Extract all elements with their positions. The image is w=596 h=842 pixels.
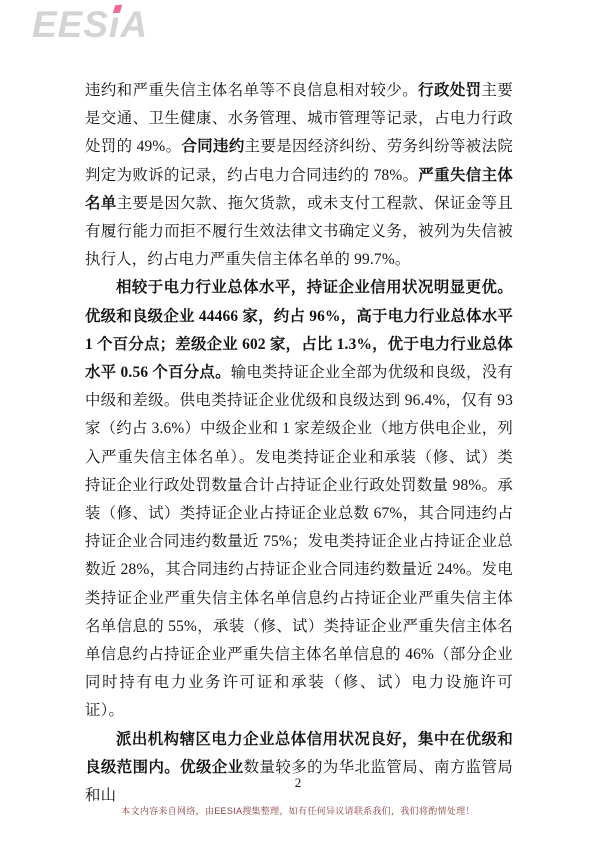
- paragraph: 相较于电力行业总体水平，持证企业信用状况明显更优。优级和良级企业 44466 家…: [85, 274, 513, 725]
- paragraph: 违约和严重失信主体名单等不良信息相对较少。行政处罚主要是交通、卫生健康、水务管理…: [85, 77, 513, 274]
- text-run: 行政处罚: [418, 82, 481, 99]
- eesia-logo: EESıA: [32, 4, 148, 46]
- paragraph: 派出机构辖区电力企业总体信用状况良好，集中在优级和良级范围内。优级企业数量较多的…: [85, 726, 513, 811]
- text-run: 违约和严重失信主体名单等不良信息相对较少。: [85, 82, 418, 99]
- logo-text-before: EES: [32, 4, 109, 45]
- text-run: 输电类持证企业全部为优级和良级，没有中级和差级。供电类持证企业优级和良级达到 9…: [85, 364, 513, 719]
- logo-text-after: A: [120, 4, 148, 45]
- text-run: 合同违约: [181, 138, 244, 155]
- document-page: EESıA 违约和严重失信主体名单等不良信息相对较少。行政处罚主要是交通、卫生健…: [0, 0, 596, 842]
- page-number: 2: [0, 775, 596, 791]
- footer-disclaimer: 本文内容来自网络，由EESIA搜集整理，如有任何异议请联系我们，我们将酌情处理！: [0, 804, 596, 817]
- text-run: 主要是因欠款、拖欠货款，或未支付工程款、保证金等且有履行能力而拒不履行生效法律文…: [85, 195, 513, 268]
- logo-letter-i: ı: [109, 4, 120, 46]
- document-body: 违约和严重失信主体名单等不良信息相对较少。行政处罚主要是交通、卫生健康、水务管理…: [85, 77, 513, 810]
